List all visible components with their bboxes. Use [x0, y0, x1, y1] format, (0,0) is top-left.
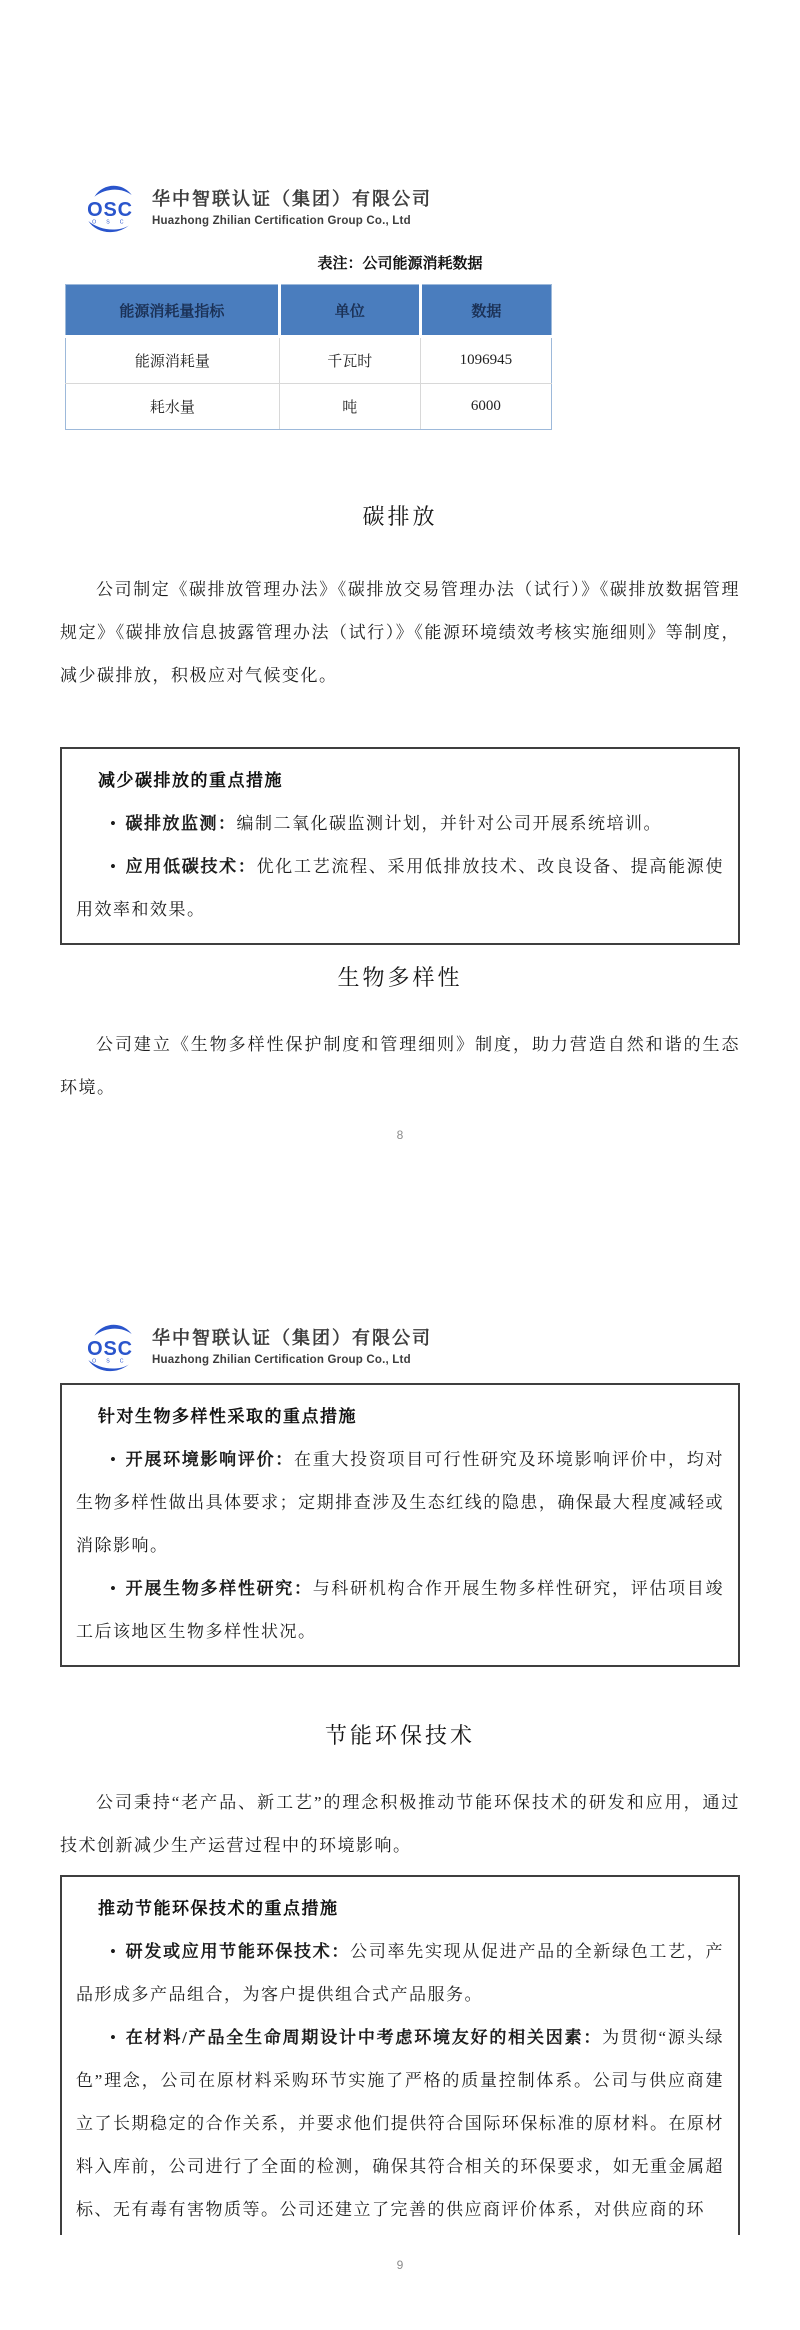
cell-indicator: 能源消耗量	[66, 337, 280, 384]
page-number: 9	[60, 2257, 740, 2273]
bullet-icon: •	[110, 814, 117, 833]
osc-logo-icon: OSC O S C	[84, 180, 136, 236]
page-number: 8	[60, 1127, 740, 1143]
table-row: 能源消耗量 千瓦时 1096945	[66, 337, 552, 384]
bullet-text: 编制二氧化碳监测计划，并针对公司开展系统培训。	[236, 814, 662, 833]
cell-unit: 千瓦时	[279, 337, 420, 384]
cell-value: 1096945	[420, 337, 551, 384]
company-name-en: Huazhong Zhilian Certification Group Co.…	[152, 212, 432, 230]
page-1: OSC O S C 华中智联认证（集团）有限公司 Huazhong Zhilia…	[60, 180, 740, 1143]
table-header-row: 能源消耗量指标 单位 数据	[66, 285, 552, 337]
col-header-unit: 单位	[279, 285, 420, 337]
col-header-indicator: 能源消耗量指标	[66, 285, 280, 337]
cell-indicator: 耗水量	[66, 384, 280, 430]
table-caption: 表注：公司能源消耗数据	[60, 250, 740, 278]
company-name-cn: 华中智联认证（集团）有限公司	[152, 186, 432, 212]
cell-unit: 吨	[279, 384, 420, 430]
measure-bullet: •碳排放监测：编制二氧化碳监测计划，并针对公司开展系统培训。	[76, 802, 724, 845]
bullet-icon: •	[110, 1450, 117, 1469]
carbon-measures-box: 减少碳排放的重点措施 •碳排放监测：编制二氧化碳监测计划，并针对公司开展系统培训…	[60, 747, 740, 945]
cell-value: 6000	[420, 384, 551, 430]
bullet-label: 开展生物多样性研究：	[125, 1579, 312, 1598]
logo-subtext: O S C	[92, 220, 128, 226]
logo-text: OSC	[87, 1338, 133, 1360]
logo-text: OSC	[87, 199, 133, 221]
biodiversity-measures-box: 针对生物多样性采取的重点措施 •开展环境影响评价：在重大投资项目可行性研究及环境…	[60, 1383, 740, 1667]
box-title: 针对生物多样性采取的重点措施	[76, 1395, 724, 1438]
box-title: 推动节能环保技术的重点措施	[76, 1887, 724, 1930]
bullet-label: 开展环境影响评价：	[125, 1450, 294, 1469]
col-header-data: 数据	[420, 285, 551, 337]
measure-bullet: •应用低碳技术：优化工艺流程、采用低排放技术、改良设备、提高能源使用效率和效果。	[76, 845, 724, 931]
logo-subtext: O S C	[92, 1359, 128, 1365]
tech-measures-box: 推动节能环保技术的重点措施 •研发或应用节能环保技术：公司率先实现从促进产品的全…	[60, 1875, 740, 2235]
measure-bullet: •开展生物多样性研究：与科研机构合作开展生物多样性研究，评估项目竣工后该地区生物…	[76, 1567, 724, 1653]
bullet-icon: •	[110, 1942, 117, 1961]
section-title-tech: 节能环保技术	[60, 1719, 740, 1753]
biodiversity-paragraph: 公司建立《生物多样性保护制度和管理细则》制度，助力营造自然和谐的生态环境。	[60, 1023, 740, 1109]
table-row: 耗水量 吨 6000	[66, 384, 552, 430]
bullet-label: 碳排放监测：	[125, 814, 236, 833]
company-name-cn: 华中智联认证（集团）有限公司	[152, 1325, 432, 1351]
box-title: 减少碳排放的重点措施	[76, 759, 724, 802]
bullet-icon: •	[110, 1579, 117, 1598]
measure-bullet: •在材料/产品全生命周期设计中考虑环境友好的相关因素：为贯彻“源头绿色”理念，公…	[76, 2016, 724, 2231]
company-header: OSC O S C 华中智联认证（集团）有限公司 Huazhong Zhilia…	[84, 1319, 740, 1375]
carbon-paragraph: 公司制定《碳排放管理办法》《碳排放交易管理办法（试行）》《碳排放数据管理规定》《…	[60, 568, 740, 697]
energy-consumption-table: 能源消耗量指标 单位 数据 能源消耗量 千瓦时 1096945 耗水量 吨 60…	[65, 284, 552, 430]
bullet-icon: •	[110, 857, 117, 876]
document: OSC O S C 华中智联认证（集团）有限公司 Huazhong Zhilia…	[0, 0, 800, 2330]
osc-logo-icon: OSC O S C	[84, 1319, 136, 1375]
bullet-text: 为贯彻“源头绿色”理念，公司在原材料采购环节实施了严格的质量控制体系。公司与供应…	[76, 2028, 724, 2219]
section-title-carbon: 碳排放	[60, 500, 740, 534]
page-2: OSC O S C 华中智联认证（集团）有限公司 Huazhong Zhilia…	[60, 1319, 740, 2273]
measure-bullet: •开展环境影响评价：在重大投资项目可行性研究及环境影响评价中，均对生物多样性做出…	[76, 1438, 724, 1567]
tech-paragraph: 公司秉持“老产品、新工艺”的理念积极推动节能环保技术的研发和应用，通过技术创新减…	[60, 1781, 740, 1867]
bullet-icon: •	[110, 2028, 117, 2047]
bullet-label: 研发或应用节能环保技术：	[125, 1942, 350, 1961]
company-header: OSC O S C 华中智联认证（集团）有限公司 Huazhong Zhilia…	[84, 180, 740, 236]
section-title-biodiversity: 生物多样性	[60, 961, 740, 995]
bullet-label: 在材料/产品全生命周期设计中考虑环境友好的相关因素：	[125, 2028, 602, 2047]
bullet-label: 应用低碳技术：	[125, 857, 256, 876]
measure-bullet: •研发或应用节能环保技术：公司率先实现从促进产品的全新绿色工艺，产品形成多产品组…	[76, 1930, 724, 2016]
company-name-en: Huazhong Zhilian Certification Group Co.…	[152, 1351, 432, 1369]
